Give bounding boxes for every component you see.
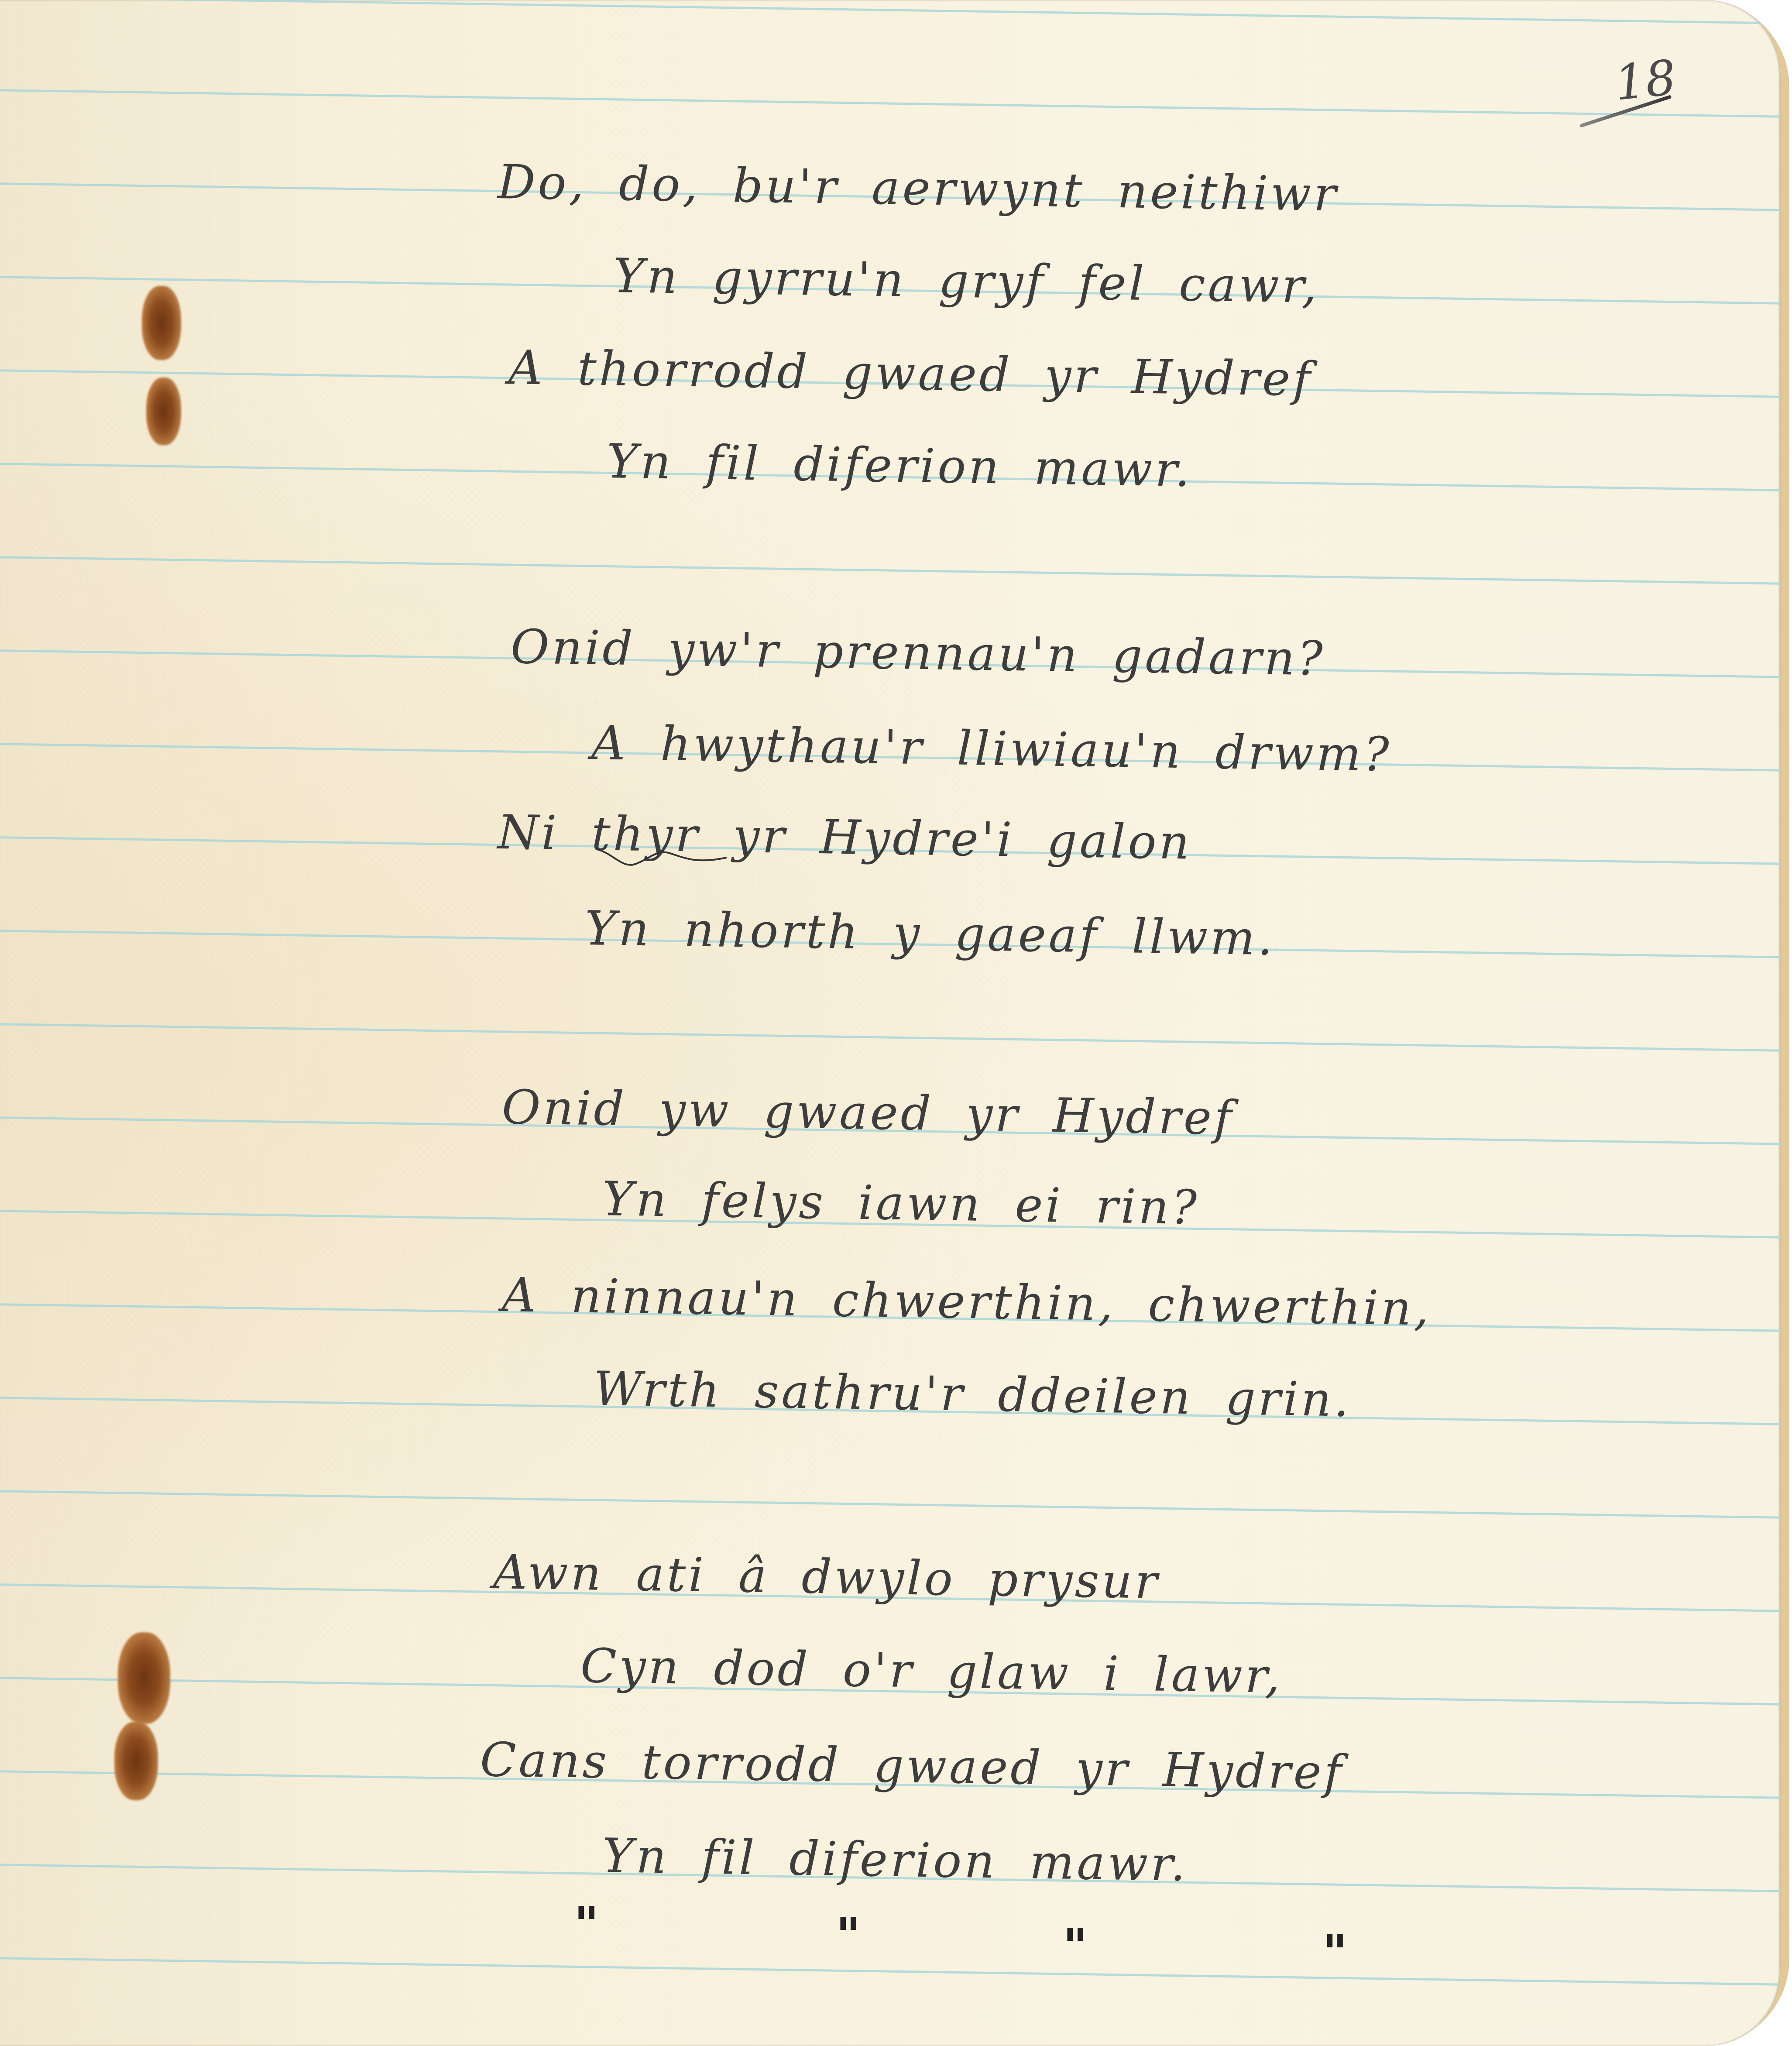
- stanza-1-line-4: Yn fil diferion mawr.: [606, 434, 1193, 498]
- ruled-line: [0, 556, 1781, 585]
- stanza-2-line-1: Onid yw'r prennau'n gadarn?: [510, 620, 1325, 687]
- stanza-1-line-1: Do, do, bu'r aerwynt neithiwr: [497, 155, 1339, 222]
- ditto-mark: ": [836, 1907, 861, 1964]
- page-number: 18: [1612, 49, 1679, 111]
- stanza-3-line-4: Wrth sathru'r ddeilen grin.: [593, 1362, 1352, 1428]
- stanza-1-line-2: Yn gyrru'n gryf fel cawr,: [613, 249, 1320, 314]
- stanza-3-line-3: A ninnau'n chwerthin, chwerthin,: [501, 1268, 1432, 1336]
- ditto-mark: ": [1063, 1918, 1088, 1974]
- stanza-4-line-4: Yn fil diferion mawr.: [602, 1829, 1188, 1892]
- stanza-4-line-3: Cans torrodd gwaed yr Hydref: [480, 1733, 1344, 1800]
- notebook-page: 18 Do, do, bu'r aerwynt neithiwr Yn gyrr…: [0, 0, 1781, 2046]
- rust-stain-top-lower: [146, 378, 181, 445]
- ruled-line: [0, 89, 1781, 118]
- stanza-1-line-3: A thorrodd gwaed yr Hydref: [508, 340, 1313, 407]
- stanza-2-line-2: A hwythau'r lliwiau'n drwm?: [591, 716, 1392, 782]
- wavy-underline-annotation: [596, 844, 727, 871]
- rust-stain-bottom-upper: [118, 1632, 170, 1724]
- ruled-line: [0, 1957, 1781, 1986]
- stanza-3-line-2: Yn felys iawn ei rin?: [602, 1172, 1200, 1235]
- ruled-line: [0, 1023, 1781, 1052]
- stanza-2-line-4: Yn nhorth y gaeaf llwm.: [584, 901, 1276, 966]
- rust-stain-bottom-lower: [114, 1722, 158, 1800]
- stanza-3-line-1: Onid yw gwaed yr Hydref: [501, 1080, 1235, 1146]
- ditto-mark: ": [1322, 1925, 1347, 1981]
- ditto-mark: ": [574, 1896, 599, 1953]
- ruled-line: [0, 0, 1781, 25]
- stanza-4-line-2: Cyn dod o'r glaw i lawr,: [580, 1639, 1283, 1704]
- notebook-scan: 18 Do, do, bu'r aerwynt neithiwr Yn gyrr…: [0, 0, 1792, 2046]
- ruled-line: [0, 1490, 1781, 1519]
- rust-stain-top-upper: [142, 286, 181, 360]
- stanza-4-line-1: Awn ati â dwylo prysur: [493, 1545, 1160, 1610]
